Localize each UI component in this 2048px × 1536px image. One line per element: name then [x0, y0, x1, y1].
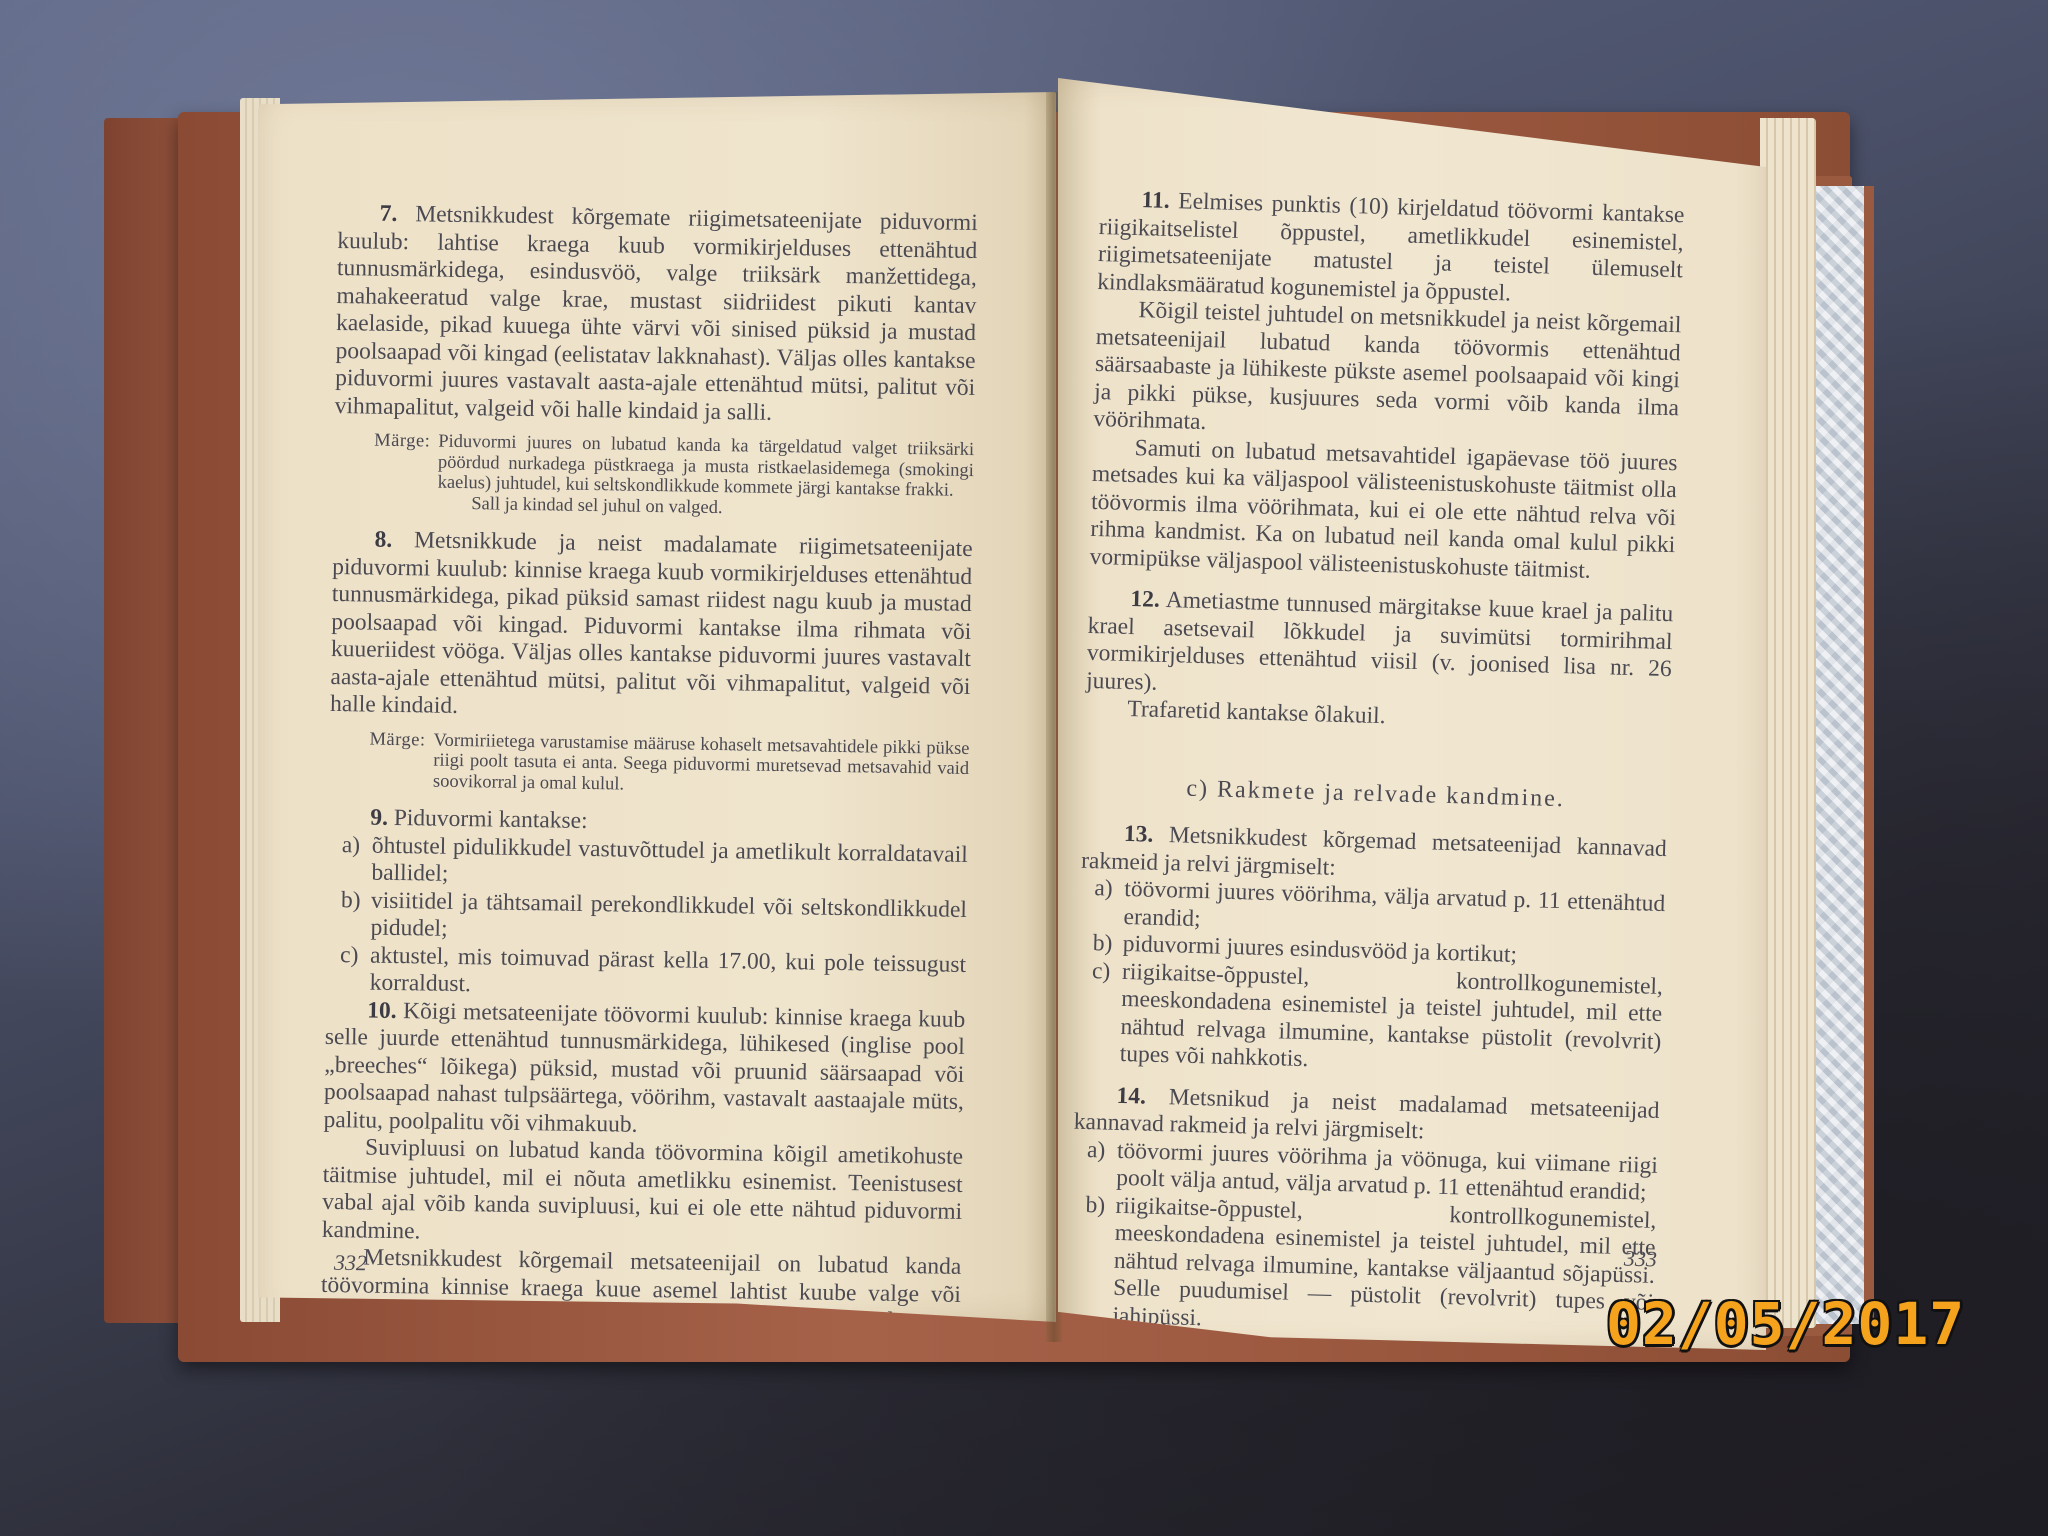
paragraph-number: 14.	[1116, 1082, 1146, 1109]
paragraph-number: 8.	[374, 527, 392, 553]
page-number: 332	[334, 1250, 367, 1277]
paragraph-text: Metsnikkudest kõrgemad metsateenijad kan…	[1081, 822, 1667, 880]
paragraph-text: Metsnikkudest kõrgemate riigimetsateenij…	[335, 201, 978, 425]
left-page: 7. Metsnikkudest kõrgemate riigimetsatee…	[258, 92, 1056, 1322]
paragraph-number: 13.	[1124, 821, 1154, 848]
paragraph-text: Metsnikkude ja neist madalamate riigimet…	[330, 527, 973, 719]
list-9: a)õhtustel pidulikkudel vastuvõttudel ja…	[339, 832, 968, 1007]
paragraph-text: Kõigi metsateenijate töövormi kuulub: ki…	[323, 998, 965, 1138]
paragraph-number: 12.	[1130, 586, 1160, 613]
note-text: Vormiriietega varustamise määruse kohase…	[433, 730, 970, 800]
right-page: 11. Eelmises punktis (10) kirjeldatud tö…	[1058, 78, 1766, 1350]
left-page-text: 7. Metsnikkudest kõrgemate riigimetsatee…	[319, 200, 977, 1391]
list-item: c)riigikaitse-õppustel, kontrollkogunemi…	[1089, 958, 1663, 1084]
paragraph-number: 9.	[370, 805, 388, 831]
paragraph-text: Ametiastme tunnused märgitakse kuue krae…	[1086, 587, 1674, 695]
list-item-text: aktustel, mis toimuvad pärast kella 17.0…	[369, 942, 966, 1006]
photo-scene: 7. Metsnikkudest kõrgemate riigimetsatee…	[0, 0, 2048, 1536]
list-marker: b)	[1082, 1191, 1116, 1329]
page-block-right	[1760, 118, 1816, 1328]
paragraph-10: 10. Kõigi metsateenijate töövormi kuulub…	[323, 996, 965, 1144]
note-label: Märge:	[369, 729, 426, 791]
list-item: b)visiitidel ja tähtsamail perekondlikku…	[340, 887, 967, 952]
list-item-text: visiitidel ja tähtsamail perekondlikkude…	[370, 887, 967, 951]
list-item: b)riigikaitse-õppustel, kontrollkogunemi…	[1082, 1191, 1657, 1344]
list-marker: a)	[341, 832, 372, 887]
list-item-text: riigikaitse-õppustel, kontrollkogunemist…	[1119, 958, 1663, 1083]
paragraph-11: 11. Eelmises punktis (10) kirjeldatud tö…	[1097, 186, 1685, 312]
list-item-text: riigikaitse-õppustel, kontrollkogunemist…	[1112, 1192, 1657, 1345]
note-8: Märge: Vormiriietega varustamise määruse…	[369, 729, 970, 800]
paragraph-text: Eelmises punktis (10) kirjeldatud töövor…	[1097, 188, 1685, 306]
list-item-text: õhtustel pidulikkudel vastuvõttudel ja a…	[371, 832, 968, 896]
list-13: a)töövormi juures vöörihma, välja arvatu…	[1089, 875, 1665, 1083]
list-item: a)õhtustel pidulikkudel vastuvõttudel ja…	[341, 832, 968, 897]
list-marker: a)	[1093, 875, 1125, 931]
list-14: a)töövormi juures vöörihma ja vöönuga, k…	[1077, 1137, 1658, 1510]
paragraph-number: 11.	[1141, 187, 1170, 214]
list-marker: c)	[339, 942, 370, 997]
date-stamp: 02/05/2017	[1606, 1290, 1965, 1358]
section-heading: c) Rakmete ja relvade kandmine.	[1083, 772, 1669, 816]
list-item: c)aktustel, mis toimuvad pärast kella 17…	[339, 942, 966, 1007]
paragraph-text: Samuti on lubatud metsavahtidel igapäeva…	[1089, 433, 1678, 587]
list-marker: b)	[1092, 930, 1123, 958]
page-number: 333	[1624, 1246, 1658, 1273]
patterned-endpaper	[1812, 186, 1874, 1324]
paragraph-text: Kõigil teistel juhtudel on metsnikkudel …	[1093, 296, 1682, 450]
paragraph-number: 7.	[380, 201, 398, 227]
note-7: Märge: Piduvormi juures on lubatud kanda…	[373, 431, 974, 522]
note-label: Märge:	[373, 431, 430, 514]
right-page-text: 11. Eelmises punktis (10) kirjeldatud tö…	[1063, 186, 1684, 1510]
list-marker: b)	[340, 887, 371, 942]
list-marker: c)	[1089, 958, 1122, 1069]
paragraph-8: 8. Metsnikkude ja neist madalamate riigi…	[330, 526, 973, 729]
paragraph-number: 10.	[367, 997, 397, 1023]
paragraph-12: 12. Ametiastme tunnused märgitakse kuue …	[1086, 585, 1674, 711]
note-text: Piduvormi juures on lubatud kanda ka tär…	[438, 432, 975, 502]
list-marker: a)	[1086, 1137, 1118, 1193]
paragraph-7: 7. Metsnikkudest kõrgemate riigimetsatee…	[335, 200, 978, 430]
paragraph-text: Piduvormi kantakse:	[394, 805, 588, 834]
paragraph-text: Suvipluusi on lubatud kanda töövormina k…	[322, 1134, 964, 1254]
